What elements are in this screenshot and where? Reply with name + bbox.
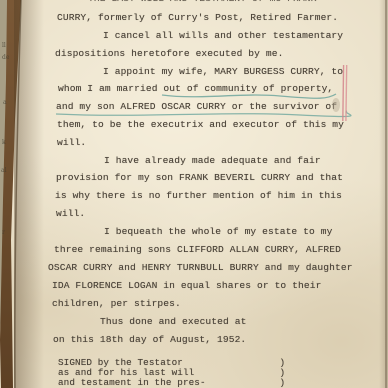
- will-text-line: children, per stirpes.: [52, 298, 181, 310]
- will-text-line: will.: [57, 137, 86, 149]
- will-text-line: IDA FLORENCE LOGAN in equal shares or to…: [52, 280, 321, 292]
- edge-text-fragment: r: [2, 230, 5, 236]
- will-text-line: Thus done and executed at: [100, 316, 246, 328]
- will-text-line: on this 18th day of August, 1952.: [53, 334, 246, 346]
- will-text-line: OSCAR CURRY and HENRY TURNBULL BURRY and…: [48, 262, 353, 274]
- teal-underline-community-of-property: [162, 94, 336, 98]
- page-right-edge-line: [385, 0, 387, 388]
- will-text-line: whom I am married out of community of pr…: [58, 83, 333, 95]
- will-text-line: three remaining sons CLIFFORD ALLAN CURR…: [54, 244, 341, 256]
- edge-text-fragment: al: [1, 168, 7, 174]
- will-text-line: CURRY, formerly of Curry's Post, Retired…: [57, 12, 338, 24]
- red-margin-mark: [345, 65, 347, 121]
- will-text-line: I bequeath the whole of my estate to my: [104, 226, 332, 238]
- will-text-line: is why there is no further mention of hi…: [55, 190, 342, 202]
- will-text-line: provision for my son FRANK BEVERIL CURRY…: [56, 172, 343, 184]
- edge-text-fragment: ll: [2, 43, 6, 49]
- will-text-line: I cancel all wills and other testamentar…: [103, 30, 343, 42]
- edge-text-fragment: k: [2, 140, 6, 146]
- under-page-sliver: [0, 0, 15, 330]
- edge-text-fragment: a: [3, 100, 7, 106]
- will-text-line: them, to be the executrix and executor o…: [57, 119, 344, 131]
- will-text-line: I have already made adequate and fair: [104, 155, 321, 167]
- will-text-line: I appoint my wife, MARY BURGESS CURRY, t…: [103, 66, 343, 78]
- will-text-line: and my son ALFRED OSCAR CURRY or the sur…: [56, 101, 337, 113]
- attestation-line: and testament in the pres- ): [58, 377, 285, 388]
- will-text-line: dispositions heretofore executed by me.: [55, 48, 283, 60]
- document-page: ll de a k al r THE LAST WILL AND TESTAME…: [0, 0, 388, 388]
- will-text-line: THE LAST WILL AND TESTAMENT of me FRANK: [88, 0, 316, 5]
- will-text-line: will.: [56, 208, 85, 220]
- page-left-shadow: [14, 0, 44, 388]
- edge-text-fragment: de: [2, 55, 9, 61]
